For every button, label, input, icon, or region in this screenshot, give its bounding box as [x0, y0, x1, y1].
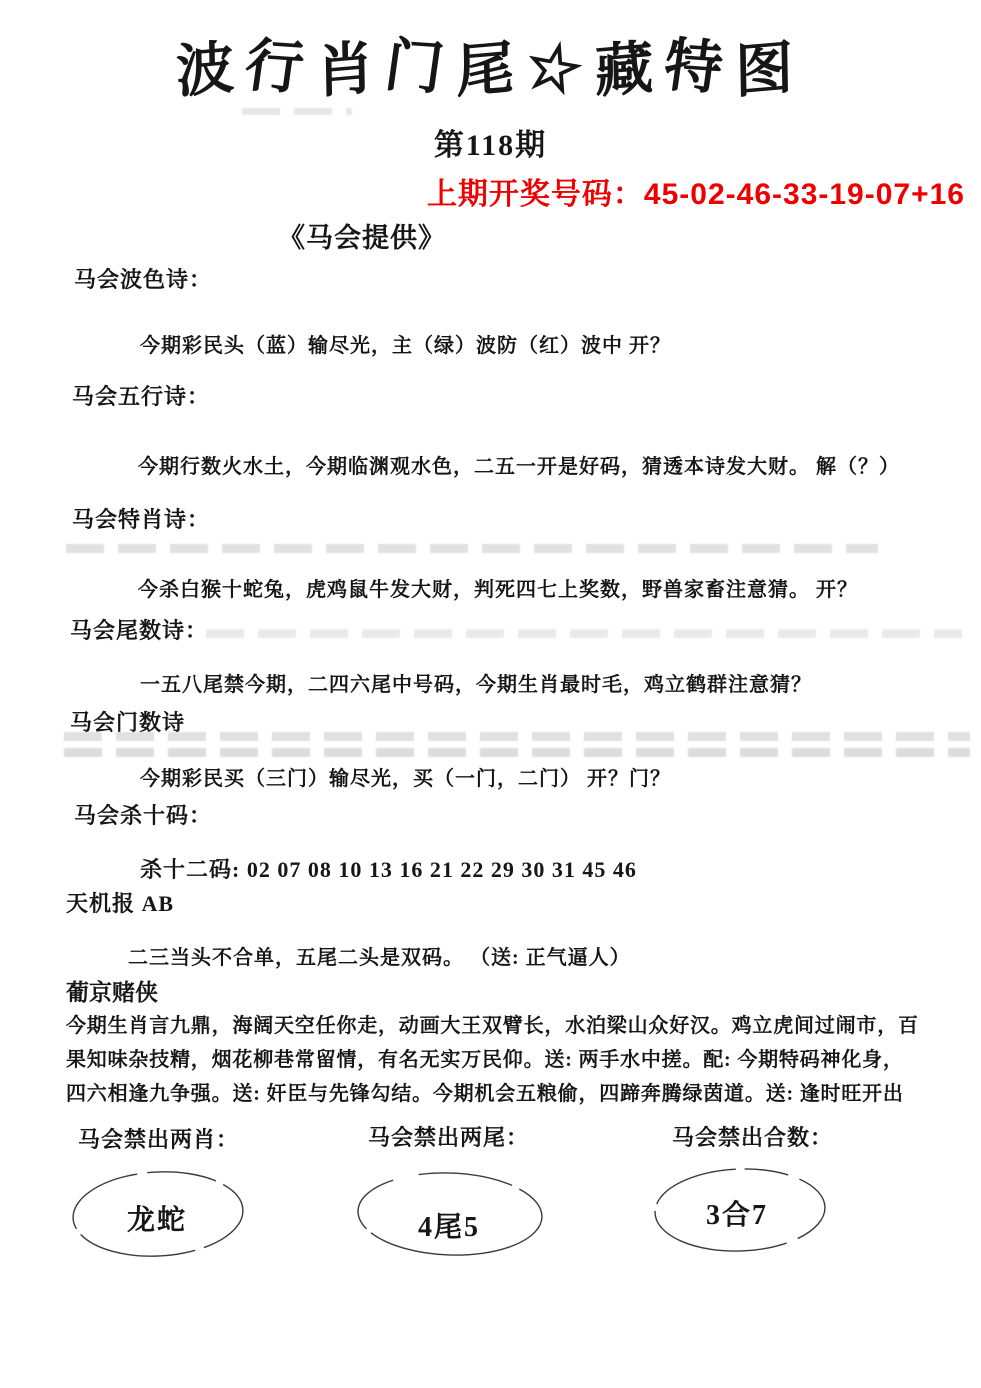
- pujing-line: 果知味杂技精，烟花柳巷常留情，有名无实万民仰。送: 两手水中搓。配: 今期特码神…: [66, 1043, 904, 1072]
- section-heading-special-zodiac: 马会特肖诗：: [72, 503, 210, 534]
- scan-artifact: [66, 544, 878, 553]
- section-poem-special-zodiac: 今杀白猴十蛇兔，虎鸡鼠牛发大财，判死四七上奖数，野兽家畜注意猜。 开？: [138, 573, 858, 602]
- forbidden-tail-label: 马会禁出两尾：: [368, 1121, 529, 1152]
- section-heading-pujing: 葡京赌侠: [66, 974, 158, 1007]
- pujing-line: 今期生肖言九鼎，海阔天空任你走，动画大王双臂长，水泊梁山众好汉。鸡立虎间过闹市，…: [66, 1009, 919, 1038]
- forbidden-sum-value: 3合7: [677, 1193, 797, 1233]
- scan-artifact: [242, 108, 352, 115]
- section-poem-gate-number: 今期彩民买（三门）输尽光，买（一门，二门） 开？门？: [140, 762, 671, 791]
- kill-codes-list: 杀十二码: 02 07 08 10 13 16 21 22 29 30 31 4…: [140, 853, 637, 884]
- section-poem-tianji-report: 二三当头不合单，五尾二头是双码。 （送: 正气逼人）: [128, 941, 631, 970]
- page-title: 波行肖门尾☆藏特图: [0, 20, 981, 104]
- forbidden-sum-label: 马会禁出合数：: [672, 1121, 833, 1152]
- pujing-line: 四六相逢九争强。送: 奸臣与先锋勾结。今期机会五粮偷，四蹄奔腾绿茵道。送: 逢时…: [66, 1077, 904, 1106]
- issue-number: 第118期: [0, 120, 981, 164]
- forbidden-tail-value: 4尾5: [389, 1205, 509, 1245]
- scan-artifact: [206, 629, 962, 638]
- section-heading-tianji-report: 天机报 AB: [66, 887, 174, 918]
- section-heading-tail-number: 马会尾数诗：: [70, 614, 208, 645]
- scan-artifact: [64, 732, 970, 741]
- scan-artifact: [64, 748, 970, 757]
- last-draw-numbers: 上期开奖号码：45-02-46-33-19-07+16: [427, 169, 965, 213]
- provider-note: 《马会提供》: [278, 216, 446, 255]
- section-poem-tail-number: 一五八尾禁今期，二四六尾中号码，今期生肖最时毛，鸡立鹤群注意猜？: [140, 668, 812, 697]
- section-heading-five-elements: 马会五行诗：: [72, 380, 210, 411]
- section-poem-wave-color: 今期彩民头（蓝）输尽光，主（绿）波防（红）波中 开？: [140, 329, 671, 358]
- forbidden-zodiac-value: 龙蛇: [97, 1198, 217, 1238]
- section-poem-five-elements: 今期行数火水土，今期临渊观水色，二五一开是好码，猜透本诗发大财。 解（？）: [138, 450, 900, 479]
- section-heading-kill-codes: 马会杀十码：: [74, 799, 212, 830]
- section-heading-wave-color: 马会波色诗：: [74, 263, 212, 294]
- forbidden-zodiac-label: 马会禁出两肖：: [78, 1123, 239, 1154]
